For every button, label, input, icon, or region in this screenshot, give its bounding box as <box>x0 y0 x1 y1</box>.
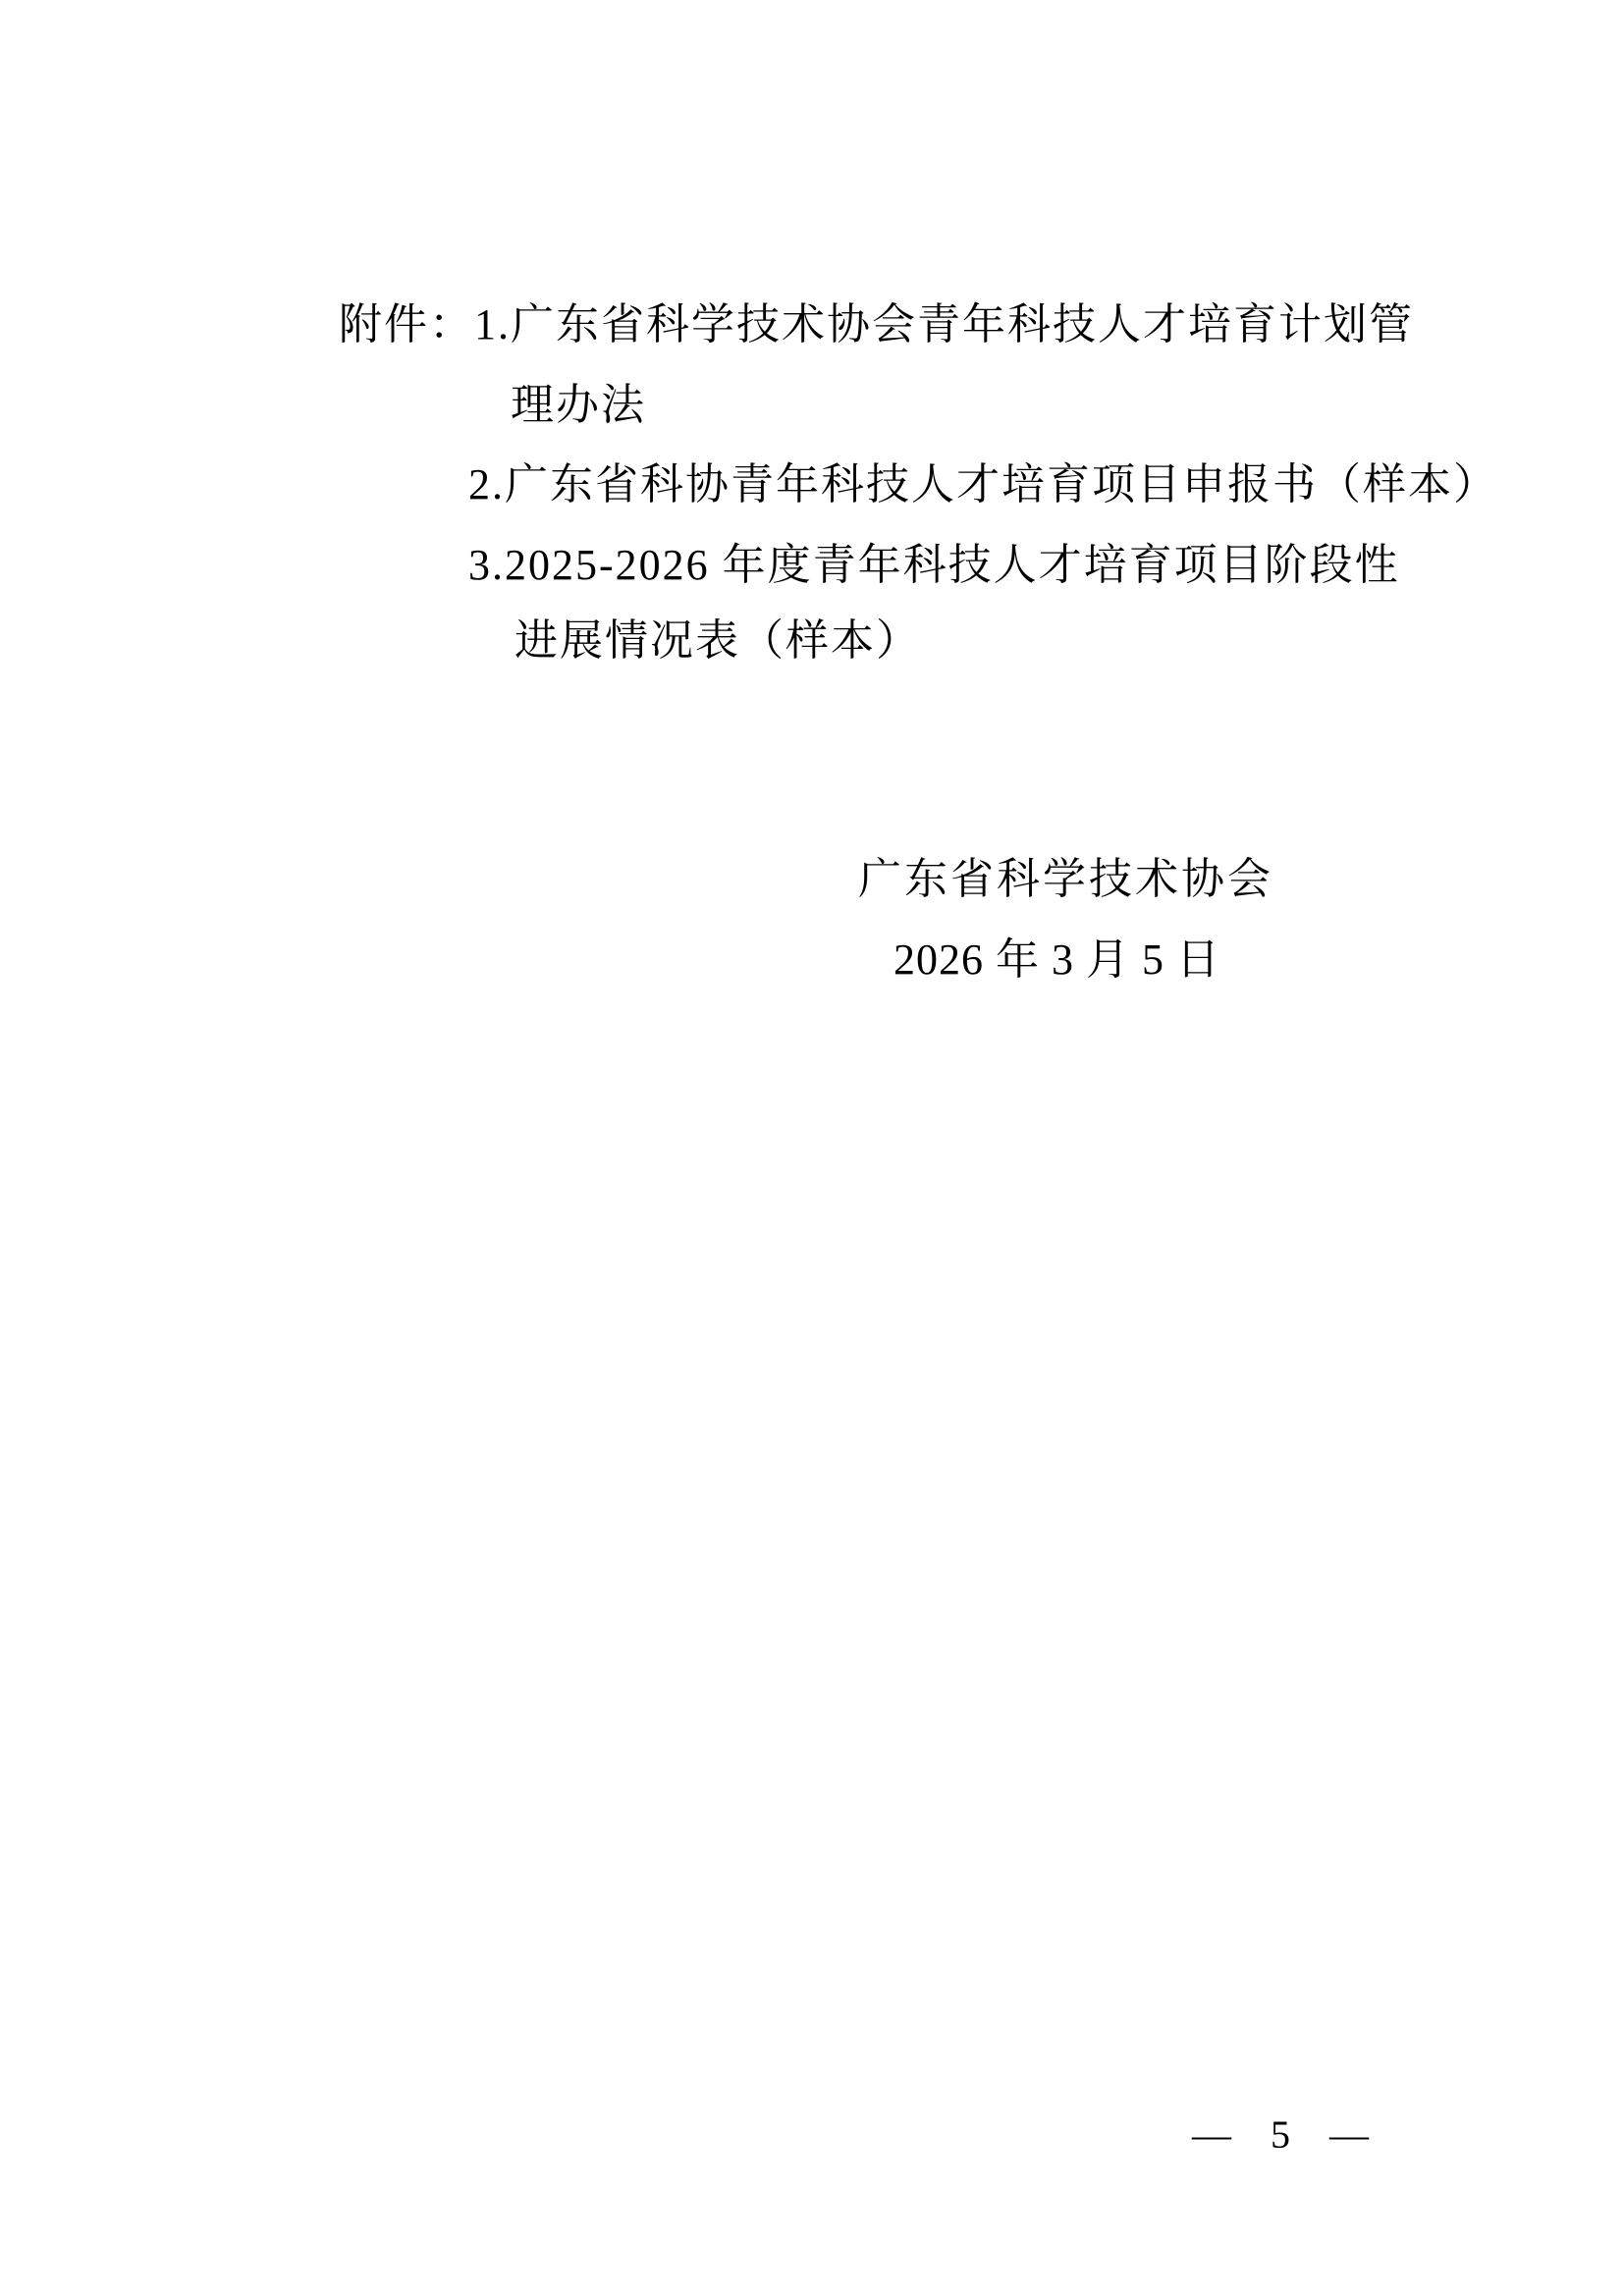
attachment-item-3-text-continued: 进展情况表（样本） <box>514 616 921 665</box>
attachment-list-line-5: 进展情况表（样本） <box>514 616 921 667</box>
attachment-item-1-text-continued: 理办法 <box>511 381 646 429</box>
document-page: 附件：1.广东省科学技术协会青年科技人才培育计划管 理办法 2.广东省科协青年科… <box>0 0 1624 2296</box>
attachment-item-3-text: 2025-2026 年度青年科技人才培育项目阶段性 <box>505 541 1400 589</box>
attachment-list-line-3: 2.广东省科协青年科技人才培育项目申报书（样本） <box>468 460 1498 510</box>
signature-organization-text: 广东省科学技术协会 <box>858 855 1273 903</box>
attachment-label: 附件： <box>339 300 474 348</box>
attachment-item-3-number: 3. <box>468 541 505 589</box>
signature-organization: 广东省科学技术协会 <box>858 855 1273 905</box>
attachment-item-1-text: 广东省科学技术协会青年科技人才培育计划管 <box>511 300 1414 348</box>
page-number: — 5 — <box>1192 2113 1373 2157</box>
attachment-list-line-4: 3.2025-2026 年度青年科技人才培育项目阶段性 <box>468 541 1400 591</box>
attachment-list-line-2: 理办法 <box>511 381 646 431</box>
attachment-list-line-1: 附件：1.广东省科学技术协会青年科技人才培育计划管 <box>339 300 1414 350</box>
signature-date-text: 2026 年 3 月 5 日 <box>893 935 1220 984</box>
signature-date: 2026 年 3 月 5 日 <box>893 935 1220 986</box>
attachment-item-2-text: 广东省科协青年科技人才培育项目申报书（样本） <box>505 460 1498 508</box>
attachment-item-2-number: 2. <box>468 460 505 508</box>
attachment-item-1-number: 1. <box>474 300 511 348</box>
page-number-text: — 5 — <box>1192 2112 1373 2157</box>
